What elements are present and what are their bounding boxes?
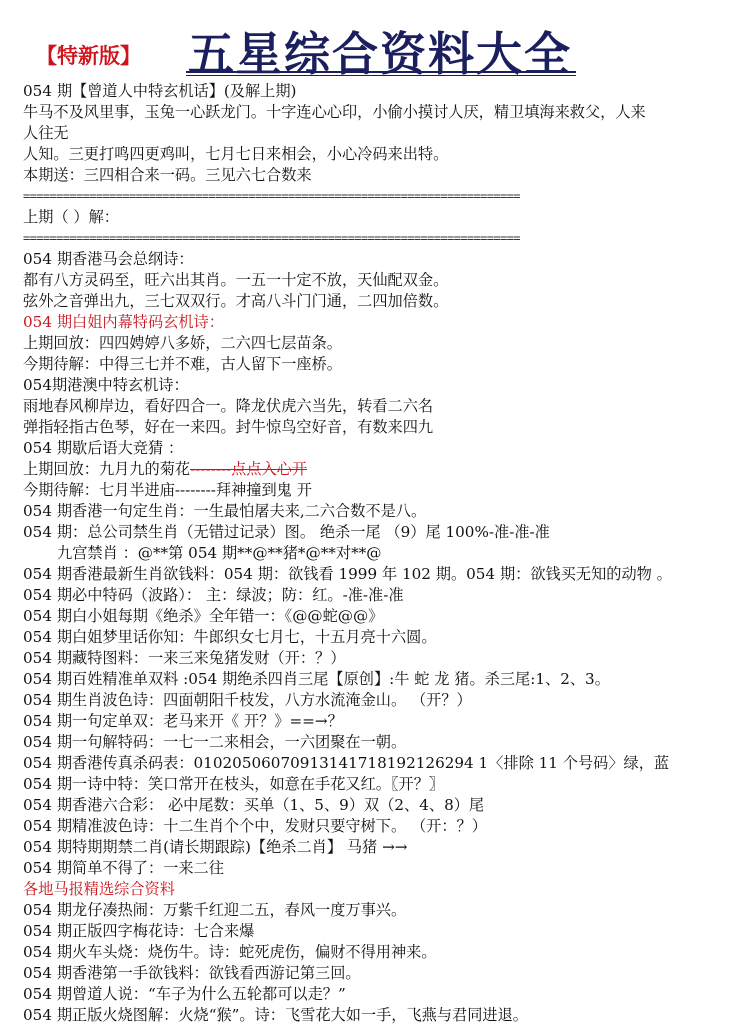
text-line: 054 期香港最新生肖欲钱料：054 期：欲钱看 1999 年 102 期。05… [23,564,723,585]
text-line: 054 期香港传真杀码表：010205060709131417181921262… [23,753,723,774]
text-line: 054 期曾道人说：“车子为什么五轮都可以走？” [23,984,723,1005]
text-line: 人往无 [23,123,723,144]
section-heading: 054 期歇后语大竞猜 ： [23,438,723,459]
section-heading-red: 054 期白姐内幕特码玄机诗： [23,312,723,333]
title-underline-thin [186,75,576,76]
text-line: 今期待解：七月半进庙--------拜神撞到鬼 开 [23,480,723,501]
text-line: 牛马不及风里事，玉兔一心跃龙门。十字连心心印，小偷小摸讨人厌，精卫填海来救父，人… [23,102,723,123]
title-underline [186,71,576,73]
text-line-struck: 上期回放：九月九的菊花--------点点入心开 [23,459,723,480]
text-line: 054 期精准波色诗：十二生肖个个中，发财只要守树下。 （开：？） [23,816,723,837]
text-line: 054 期一句解特码：一七一二来相会，一六团聚在一朝。 [23,732,723,753]
document-body: 054 期【曾道人中特玄机话】(及解上期) 牛马不及风里事，玉兔一心跃龙门。十字… [23,81,723,1025]
section-heading: 054 期香港马会总纲诗： [23,249,723,270]
text-line: 弹指轻指古色琴，好在一来四。封牛惊鸟空好音，有数来四九 [23,417,723,438]
text-line: 054 期白姐梦里话你知：牛郎织女七月七，十五月亮十六圆。 [23,627,723,648]
text-line: 弦外之音弹出九，三七双双行。才高八斗门门通，二四加倍数。 [23,291,723,312]
text-line: 054 期百姓精准单双料 :054 期绝杀四肖三尾【原创】:牛 蛇 龙 猪。杀三… [23,669,723,690]
separator-line: ========================================… [23,228,575,249]
text-line: 054 期简单不得了：一来二往 [23,858,723,879]
line-prefix: 上期回放：九月九的菊花 [23,460,190,478]
text-line: 九宫禁肖 ：@**第 054 期**@**猪*@**对**@ [23,543,723,564]
text-line: 上期（ ）解： [23,207,723,228]
text-line: 054 期【曾道人中特玄机话】(及解上期) [23,81,723,102]
text-line: 今期待解：中得三七并不难，古人留下一座桥。 [23,354,723,375]
section-heading: 054期港澳中特玄机诗： [23,375,723,396]
text-line: 054 期：总公司禁生肖（无错过记录）图。 绝杀一尾 （9）尾 100%-准-准… [23,522,723,543]
text-line: 054 期一句定单双：老马来开《 开？》==→？ [23,711,723,732]
text-line: 054 期香港一句定生肖：一生最怕屠夫来,二六合数不是八。 [23,501,723,522]
struck-answer: --------点点入心开 [190,460,307,478]
text-line: 054 期正版四字梅花诗：七合来爆 [23,921,723,942]
text-line: 054 期必中特码（波路）： 主：绿波；防：红。-准-准-准 [23,585,723,606]
text-line: 054 期生肖波色诗：四面朝阳千枝发，八方水流淹金山。 （开？） [23,690,723,711]
text-line: 054 期藏特图料：一来三来兔猪发财（开：？） [23,648,723,669]
text-line: 上期回放：四四娉婷八多娇，二六四七层苗条。 [23,333,723,354]
page-header: 【特新版】 五星综合资料大全 [0,0,746,78]
text-line: 雨地春风柳岸边，看好四合一。降龙伏虎六当先，转看二六名 [23,396,723,417]
text-line: 054 期龙仔凑热闹：万紫千红迎二五，春风一度万事兴。 [23,900,723,921]
text-line: 054 期香港六合彩： 必中尾数：买单（1、5、9）双（2、4、8）尾 [23,795,723,816]
text-line: 054 期特期期禁二肖(请长期跟踪)【绝杀二肖】 马猪 →→ [23,837,723,858]
text-line: 054 期香港第一手欲钱料：欲钱看西游记第三回。 [23,963,723,984]
text-line: 人知。三更打鸣四更鸡叫，七月七日来相会，小心冷码来出特。 [23,144,723,165]
text-line: 054 期火车头烧：烧伤牛。诗：蛇死虎伤，偏财不得用神来。 [23,942,723,963]
text-line: 都有八方灵码至，旺六出其肖。一五一十定不放，天仙配双金。 [23,270,723,291]
separator-line: ========================================… [23,186,575,207]
text-line: 054 期一诗中特：笑口常开在枝头，如意在手花又红。〖开？〗 [23,774,723,795]
section-heading-red: 各地马报精选综合资料 [23,879,723,900]
text-line: 054 期正版火烧图解：火烧“猴”。诗：飞雪花大如一手，飞燕与君同进退。 [23,1005,723,1025]
edition-badge: 【特新版】 [36,40,141,70]
text-line: 本期送：三四相合来一码。三见六七合数来 [23,165,723,186]
text-line: 054 期白小姐每期《绝杀》全年错一：《@@蛇@@》 [23,606,723,627]
